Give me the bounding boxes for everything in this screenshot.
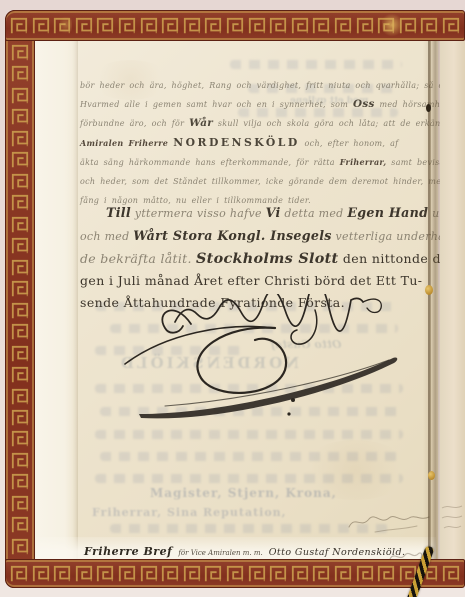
text-segment: och heder, som det Ståndet tillkommer, i…: [80, 177, 465, 186]
meander-unit: [118, 17, 136, 35]
meander-unit: [10, 565, 28, 583]
meander-unit: [356, 565, 374, 583]
meander-unit: [183, 17, 201, 35]
meander-unit: [11, 280, 29, 298]
bleedthrough-row: [230, 60, 402, 69]
docket-name: Otto Gustaf Nordenskiöld.: [269, 547, 406, 558]
meander-unit: [204, 565, 222, 583]
ornate-word: Vi: [266, 205, 281, 220]
facing-page-edge: [440, 40, 465, 561]
ink-blot: [287, 412, 290, 415]
leather-border-bottom: [5, 559, 465, 588]
meander-unit: [291, 17, 309, 35]
gilt-wear-patch: [382, 12, 402, 38]
meander-unit: [11, 323, 29, 341]
meander-unit: [11, 473, 29, 491]
text-line: de bekräfta låtit. Stockholms Slott den …: [80, 248, 412, 270]
meander-unit: [11, 108, 29, 126]
meander-unit: [75, 565, 93, 583]
meander-unit: [96, 17, 114, 35]
meander-unit: [334, 565, 352, 583]
text-segment: de bekräfta låtit.: [80, 251, 196, 266]
meander-unit: [11, 409, 29, 427]
meander-unit: [11, 44, 29, 62]
text-segment: och, efter honom, af: [300, 139, 399, 148]
ornate-word: Oss: [353, 98, 375, 110]
gutter-fold: [423, 40, 440, 561]
meander-unit: [291, 565, 309, 583]
meander-unit: [11, 173, 29, 191]
text-line: förbundne äro, och för Wår skull vilja o…: [80, 114, 412, 133]
text-segment: bör heder och ära, höghet, Rang och värd…: [80, 81, 465, 90]
meander-unit: [334, 17, 352, 35]
ornate-word: Egen Hand: [347, 205, 428, 220]
meander-unit: [226, 17, 244, 35]
docket-line: Friherre Bref för Vice Amiralen m. m. Ot…: [84, 545, 405, 558]
bleedthrough-row: [100, 452, 398, 461]
text-line: gen i Juli månad Året efter Christi börd…: [80, 270, 412, 292]
meander-unit: [248, 565, 266, 583]
meander-unit: [420, 17, 438, 35]
meander-unit: [442, 17, 460, 35]
meander-unit: [11, 366, 29, 384]
meander-unit: [118, 565, 136, 583]
text-segment: gen i Juli månad Året efter Christi börd…: [80, 273, 422, 288]
meander-unit: [140, 17, 158, 35]
meander-unit: [140, 565, 158, 583]
meander-unit: [269, 565, 287, 583]
text-line: Amiralen Friherre NORDENSKÖLD och, efter…: [80, 133, 412, 153]
meander-unit: [11, 259, 29, 277]
page-crease: [430, 40, 431, 561]
text-segment: Hvarmed alle i gemen samt hvar och en i …: [80, 100, 353, 109]
meander-unit: [312, 17, 330, 35]
body-paragraph-1: bör heder och ära, höghet, Rang och värd…: [80, 76, 412, 210]
meander-unit: [11, 216, 29, 234]
document-photo: Otto Gustaf NORDENSKIÖLD med ett gyllene…: [0, 0, 465, 597]
ink-blot: [291, 398, 295, 402]
docket-qualifier: för Vice Amiralen m. m.: [178, 549, 262, 557]
meander-unit: [11, 345, 29, 363]
docket-title: Friherre Bref: [84, 545, 172, 558]
text-segment: äkta säng härkommande hans efterkommande…: [80, 158, 340, 167]
meander-unit: [312, 565, 330, 583]
text-segment: skull vilja och skola göra och låta; att…: [213, 119, 456, 128]
text-line: Hvarmed alle i gemen samt hvar och en i …: [80, 95, 412, 114]
ornate-word: Till: [106, 205, 131, 220]
meander-unit: [11, 388, 29, 406]
meander-unit: [11, 302, 29, 320]
meander-unit: [11, 87, 29, 105]
text-line: Till yttermera visso hafve Vi detta med …: [80, 202, 412, 225]
meander-unit: [11, 130, 29, 148]
meander-unit: [11, 430, 29, 448]
text-segment: förbundne äro, och för: [80, 119, 189, 128]
meander-unit: [32, 565, 50, 583]
emphasized-word: Amiralen Friherre: [80, 138, 173, 148]
meander-unit: [183, 565, 201, 583]
meander-unit: [269, 17, 287, 35]
emphasized-word: Friherrar,: [340, 157, 387, 167]
ornate-word: Stockholms Slott: [196, 251, 339, 267]
text-line: äkta säng härkommande hans efterkommande…: [80, 153, 412, 172]
meander-unit: [11, 194, 29, 212]
meander-unit: [10, 17, 28, 35]
deckle-edge: [34, 40, 78, 561]
meander-unit: [204, 17, 222, 35]
meander-unit: [11, 237, 29, 255]
bleedthrough-text: Magister, Stjern, Krona,: [150, 486, 337, 500]
ornate-word: Wårt Stora Kongl. Insegels: [133, 228, 331, 243]
text-segment: och med: [80, 230, 133, 243]
gilt-wear-patch: [60, 14, 72, 36]
meander-unit: [11, 452, 29, 470]
meander-unit: [96, 565, 114, 583]
leather-border-left: [5, 10, 35, 588]
gold-cord-knot: [428, 471, 435, 480]
bleedthrough-row: [95, 474, 403, 483]
royal-signature: [105, 294, 405, 434]
meander-unit: [442, 565, 460, 583]
meander-unit: [161, 17, 179, 35]
meander-unit: [377, 565, 395, 583]
meander-unit: [11, 495, 29, 513]
meander-unit: [11, 151, 29, 169]
text-line: och med Wårt Stora Kongl. Insegels vette…: [80, 225, 412, 248]
binding-thread: [428, 40, 430, 561]
text-segment: detta med: [281, 207, 348, 220]
text-segment: yttermera visso hafve: [131, 207, 266, 220]
bleedthrough-text: Friherrar, Sina Reputation,: [92, 506, 287, 519]
meander-unit: [11, 538, 29, 556]
gold-cord-knot: [425, 285, 433, 295]
meander-unit: [161, 565, 179, 583]
meander-unit: [226, 565, 244, 583]
meander-unit: [75, 17, 93, 35]
thread-knot: [426, 104, 431, 112]
text-line: och heder, som det Ståndet tillkommer, i…: [80, 172, 412, 191]
meander-unit: [53, 565, 71, 583]
meander-unit: [32, 17, 50, 35]
meander-unit: [356, 17, 374, 35]
ornate-word: Wår: [189, 117, 213, 129]
notary-note-script: [440, 500, 464, 542]
meander-unit: [248, 17, 266, 35]
meander-unit: [11, 516, 29, 534]
blackletter-name: NORDENSKÖLD: [173, 136, 299, 149]
text-line: bör heder och ära, höghet, Rang och värd…: [80, 76, 412, 95]
meander-unit: [11, 65, 29, 83]
